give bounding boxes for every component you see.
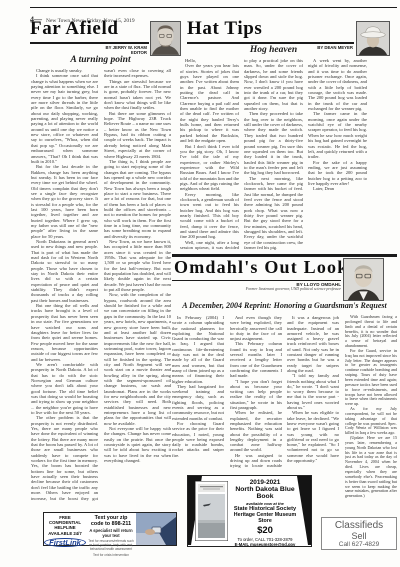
firstlink-note-1: Text for resources/referrals such as foo…	[88, 540, 134, 551]
blue-book-text-block: 2019-2021 North Dakota Blue Book availab…	[230, 479, 300, 547]
paragraph: (Update: Here we are 15 years later, rem…	[345, 436, 397, 499]
jerry-kram-photo	[150, 21, 181, 56]
hat-tips-section-title: Hat Tips	[187, 18, 262, 39]
far-afield-rule	[30, 42, 149, 44]
hat-tips-article-title: Hog heaven	[180, 45, 367, 55]
firstlink-center-block: Text your zip code to 898-211 A speciali…	[86, 513, 136, 545]
paragraph: Every morning, like clockwork, a gentlem…	[180, 192, 239, 240]
omdahl-column-2: And even though they were being exploite…	[230, 315, 282, 470]
far-afield-article-body: Change is usually sneaky.I think someone…	[31, 68, 171, 502]
omdahl-column-4: With Guardsmen facing a prolonged threat…	[345, 315, 397, 507]
omdahl-thin-rule	[172, 280, 341, 281]
paragraph: Not everyone will be happy with the chan…	[104, 426, 171, 463]
paragraph: Things are stressful because we are in a…	[104, 79, 171, 111]
far-afield-article-title: A turning point	[30, 55, 171, 65]
paragraph: But there are some glimmers of hope. The…	[104, 111, 171, 159]
paragraph: The next morning, like clockwork, here c…	[244, 176, 303, 251]
paragraph: In February (2004) I wrote a column upbr…	[172, 315, 224, 384]
paragraph: "I hope you don't forget about us becaus…	[230, 379, 282, 411]
paragraph: When he enlisted, he explained, the recr…	[230, 410, 282, 452]
person-texting-photo	[136, 513, 176, 545]
blue-book-years: 2019-2021	[230, 479, 300, 486]
paragraph: This February column found its way to Ir…	[230, 341, 282, 378]
folio-rule	[30, 7, 397, 8]
paragraph: And even though they were being exploite…	[230, 315, 282, 341]
classifieds-line-1: Classifieds	[322, 520, 396, 531]
paragraph: It was a dangerous job and the equipment…	[287, 315, 339, 373]
paragraph: "I told my family and friends nothing ab…	[287, 373, 339, 410]
classifieds-box: Classifieds Sell Call 627-4829	[321, 517, 397, 550]
paragraph: I think someone once said that change is…	[31, 73, 98, 164]
classifieds-line-2: Sell	[322, 531, 396, 541]
blue-book-org2: Heritage Center Museum Store	[230, 512, 300, 524]
firstlink-logo: FirstLink	[44, 538, 86, 547]
paragraph: But one thing the oil wells and trucks h…	[31, 303, 98, 362]
hat-tips-article-body: Hello,Over the years you hear lots of st…	[180, 58, 367, 252]
paragraph: The farmer came in the morning, once aga…	[308, 111, 367, 159]
omdahl-column-3: It was a dangerous job and the equipment…	[287, 315, 339, 470]
classifieds-line-3: Call 627-4829	[322, 541, 396, 549]
paragraph: Later, Dean	[308, 186, 367, 191]
newspaper-page: 4— New Town News, Friday, Nov. 15, 2019 …	[0, 0, 400, 567]
paragraph: North Dakotans in general aren't used to…	[31, 239, 98, 303]
paragraph: But I don't think I ever told you the pi…	[180, 144, 239, 192]
omdahl-byline: BY LLOYD OMDAHL Former lieutenant govern…	[201, 282, 341, 292]
paragraph: He was assigned to driving up and down r…	[230, 453, 282, 470]
paragraph: Now, with the completion of the bypass, …	[104, 292, 171, 426]
firstlink-left-block: FREE CONFIDENTIAL HELPLINE AVAILABLE 24/…	[44, 513, 86, 545]
far-afield-byline: BY JERRY W. KRAM EDITOR	[58, 45, 147, 55]
blue-book-price: $20	[230, 525, 300, 536]
paragraph: Over the years you hear lots of stories.…	[180, 63, 239, 143]
blue-book-cover	[195, 481, 228, 541]
lloyd-omdahl-photo	[343, 258, 384, 301]
omdahl-section-title: Omdahl's Out Look	[174, 257, 348, 278]
paragraph: For the sake of a happy ending, we are j…	[308, 160, 367, 187]
hat-tips-rule	[187, 42, 354, 44]
paragraph: As for my July correspondent, he will no…	[345, 407, 397, 436]
firstlink-headline: Text your zip code to 898-211	[88, 515, 134, 527]
blue-book-email-line: E-MAIL museumstore@nd.gov	[230, 542, 300, 547]
blue-book-ad: 2019-2021 North Dakota Blue Book availab…	[187, 475, 312, 547]
paragraph: When he was eligible to take leave, he d…	[287, 410, 339, 463]
firstlink-note-2: Text for crisis intervention	[88, 554, 134, 558]
paragraph: The thing is, I think people are going t…	[104, 159, 171, 239]
omdahl-column-1: In February (2004) I wrote a column upbr…	[172, 315, 224, 470]
paragraph: A week went by, another night of frivoli…	[308, 58, 367, 111]
firstlink-ad: FREE CONFIDENTIAL HELPLINE AVAILABLE 24/…	[43, 512, 177, 546]
firstlink-subheadline: A specialist will return your text	[88, 528, 134, 538]
paragraph: New Town, as we have known it, has occup…	[104, 239, 171, 292]
blue-book-title: North Dakota Blue Book	[230, 486, 300, 500]
far-afield-section-title: Far Afield	[30, 18, 119, 39]
paragraph: They had bargained for weekend training …	[172, 384, 224, 421]
paragraph: We aren't comfortable with prosperity in…	[31, 362, 98, 415]
paragraph: For choosing Guard service as the price …	[172, 421, 224, 458]
omdahl-article-title: A December, 2004 Reprint: Honoring a Gua…	[172, 301, 397, 310]
byline-credit: Former lieutenant governor, UND politica…	[201, 287, 341, 292]
paragraph: But for the last decade in the Bakken, c…	[31, 164, 98, 239]
paragraph: With Guardsmen facing a prolonged threat…	[345, 315, 397, 349]
paragraph: Then they proceeded to take the hog over…	[244, 111, 303, 175]
paragraph: For the Guard, service in Iraq has not i…	[345, 349, 397, 407]
firstlink-line: AVAILABLE 24/7	[44, 531, 86, 536]
